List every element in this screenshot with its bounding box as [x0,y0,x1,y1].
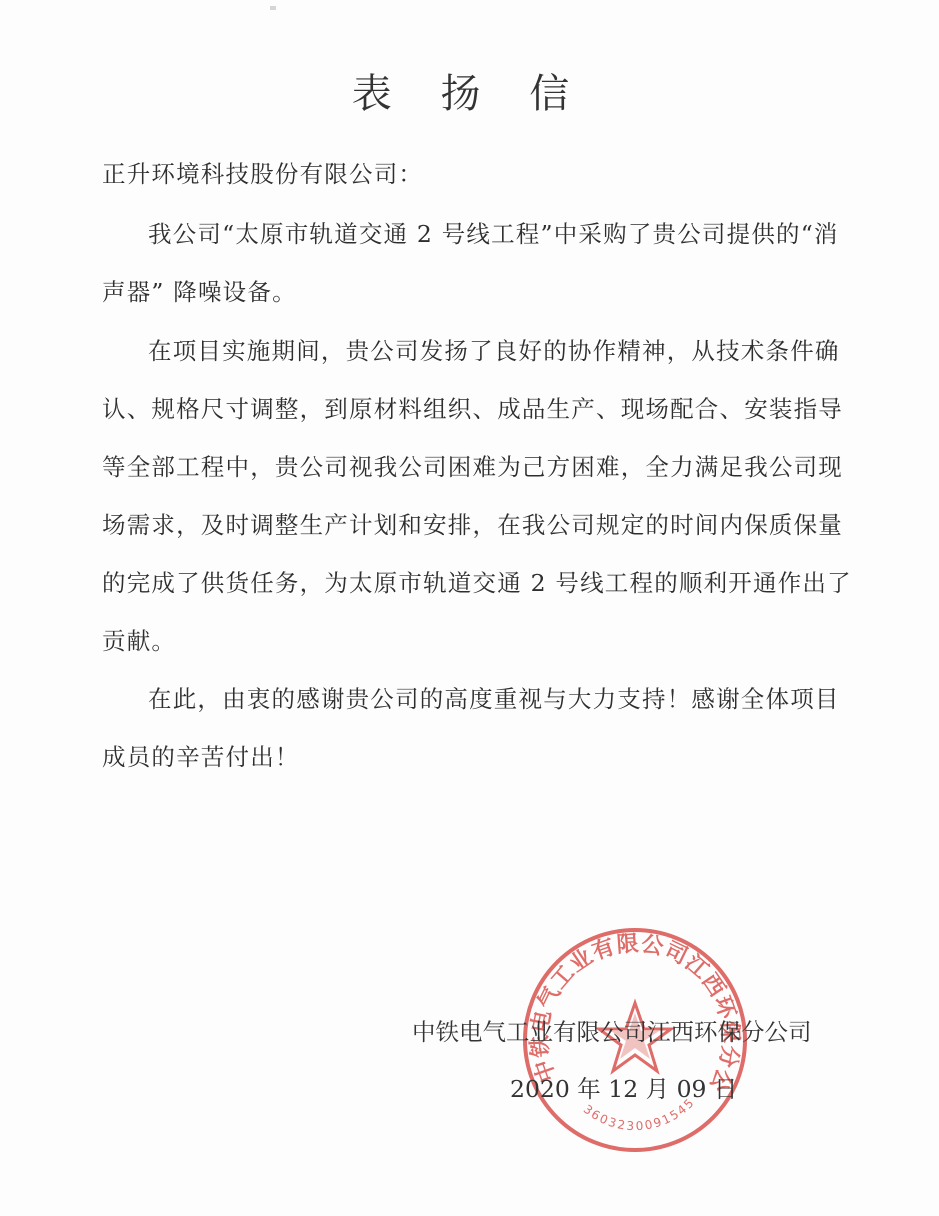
body-line-4: 认、规格尺寸调整，到原材料组织、成品生产、现场配合、安装指导 [102,390,843,424]
body-line-9: 在此，由衷的感谢贵公司的高度重视与大力支持！感谢全体项目 [148,680,840,714]
body-line-6: 场需求，及时调整生产计划和安排，在我公司规定的时间内保质保量 [102,506,843,540]
body-line-7: 的完成了供货任务，为太原市轨道交通 2 号线工程的顺利开通作出了 [102,564,852,598]
salutation: 正升环境科技股份有限公司： [102,155,423,189]
body-line-1: 我公司“太原市轨道交通 2 号线工程”中采购了贵公司提供的“消 [148,215,839,249]
letter-page: 表 扬 信 正升环境科技股份有限公司： 我公司“太原市轨道交通 2 号线工程”中… [0,0,939,1216]
body-line-8: 贡献。 [102,622,176,656]
body-line-3: 在项目实施期间，贵公司发扬了良好的协作精神，从技术条件确 [148,332,840,366]
body-line-5: 等全部工程中，贵公司视我公司困难为己方困难，全力满足我公司现 [102,448,843,482]
letter-title: 表 扬 信 [0,62,939,119]
scan-speck [270,6,276,10]
body-line-10: 成员的辛苦付出！ [102,738,300,772]
signature-company: 中铁电气工业有限公司江西环保分公司 [412,1013,812,1047]
signature-date: 2020 年 12 月 09 日 [510,1070,737,1104]
body-line-2: 声器” 降噪设备。 [102,273,297,307]
